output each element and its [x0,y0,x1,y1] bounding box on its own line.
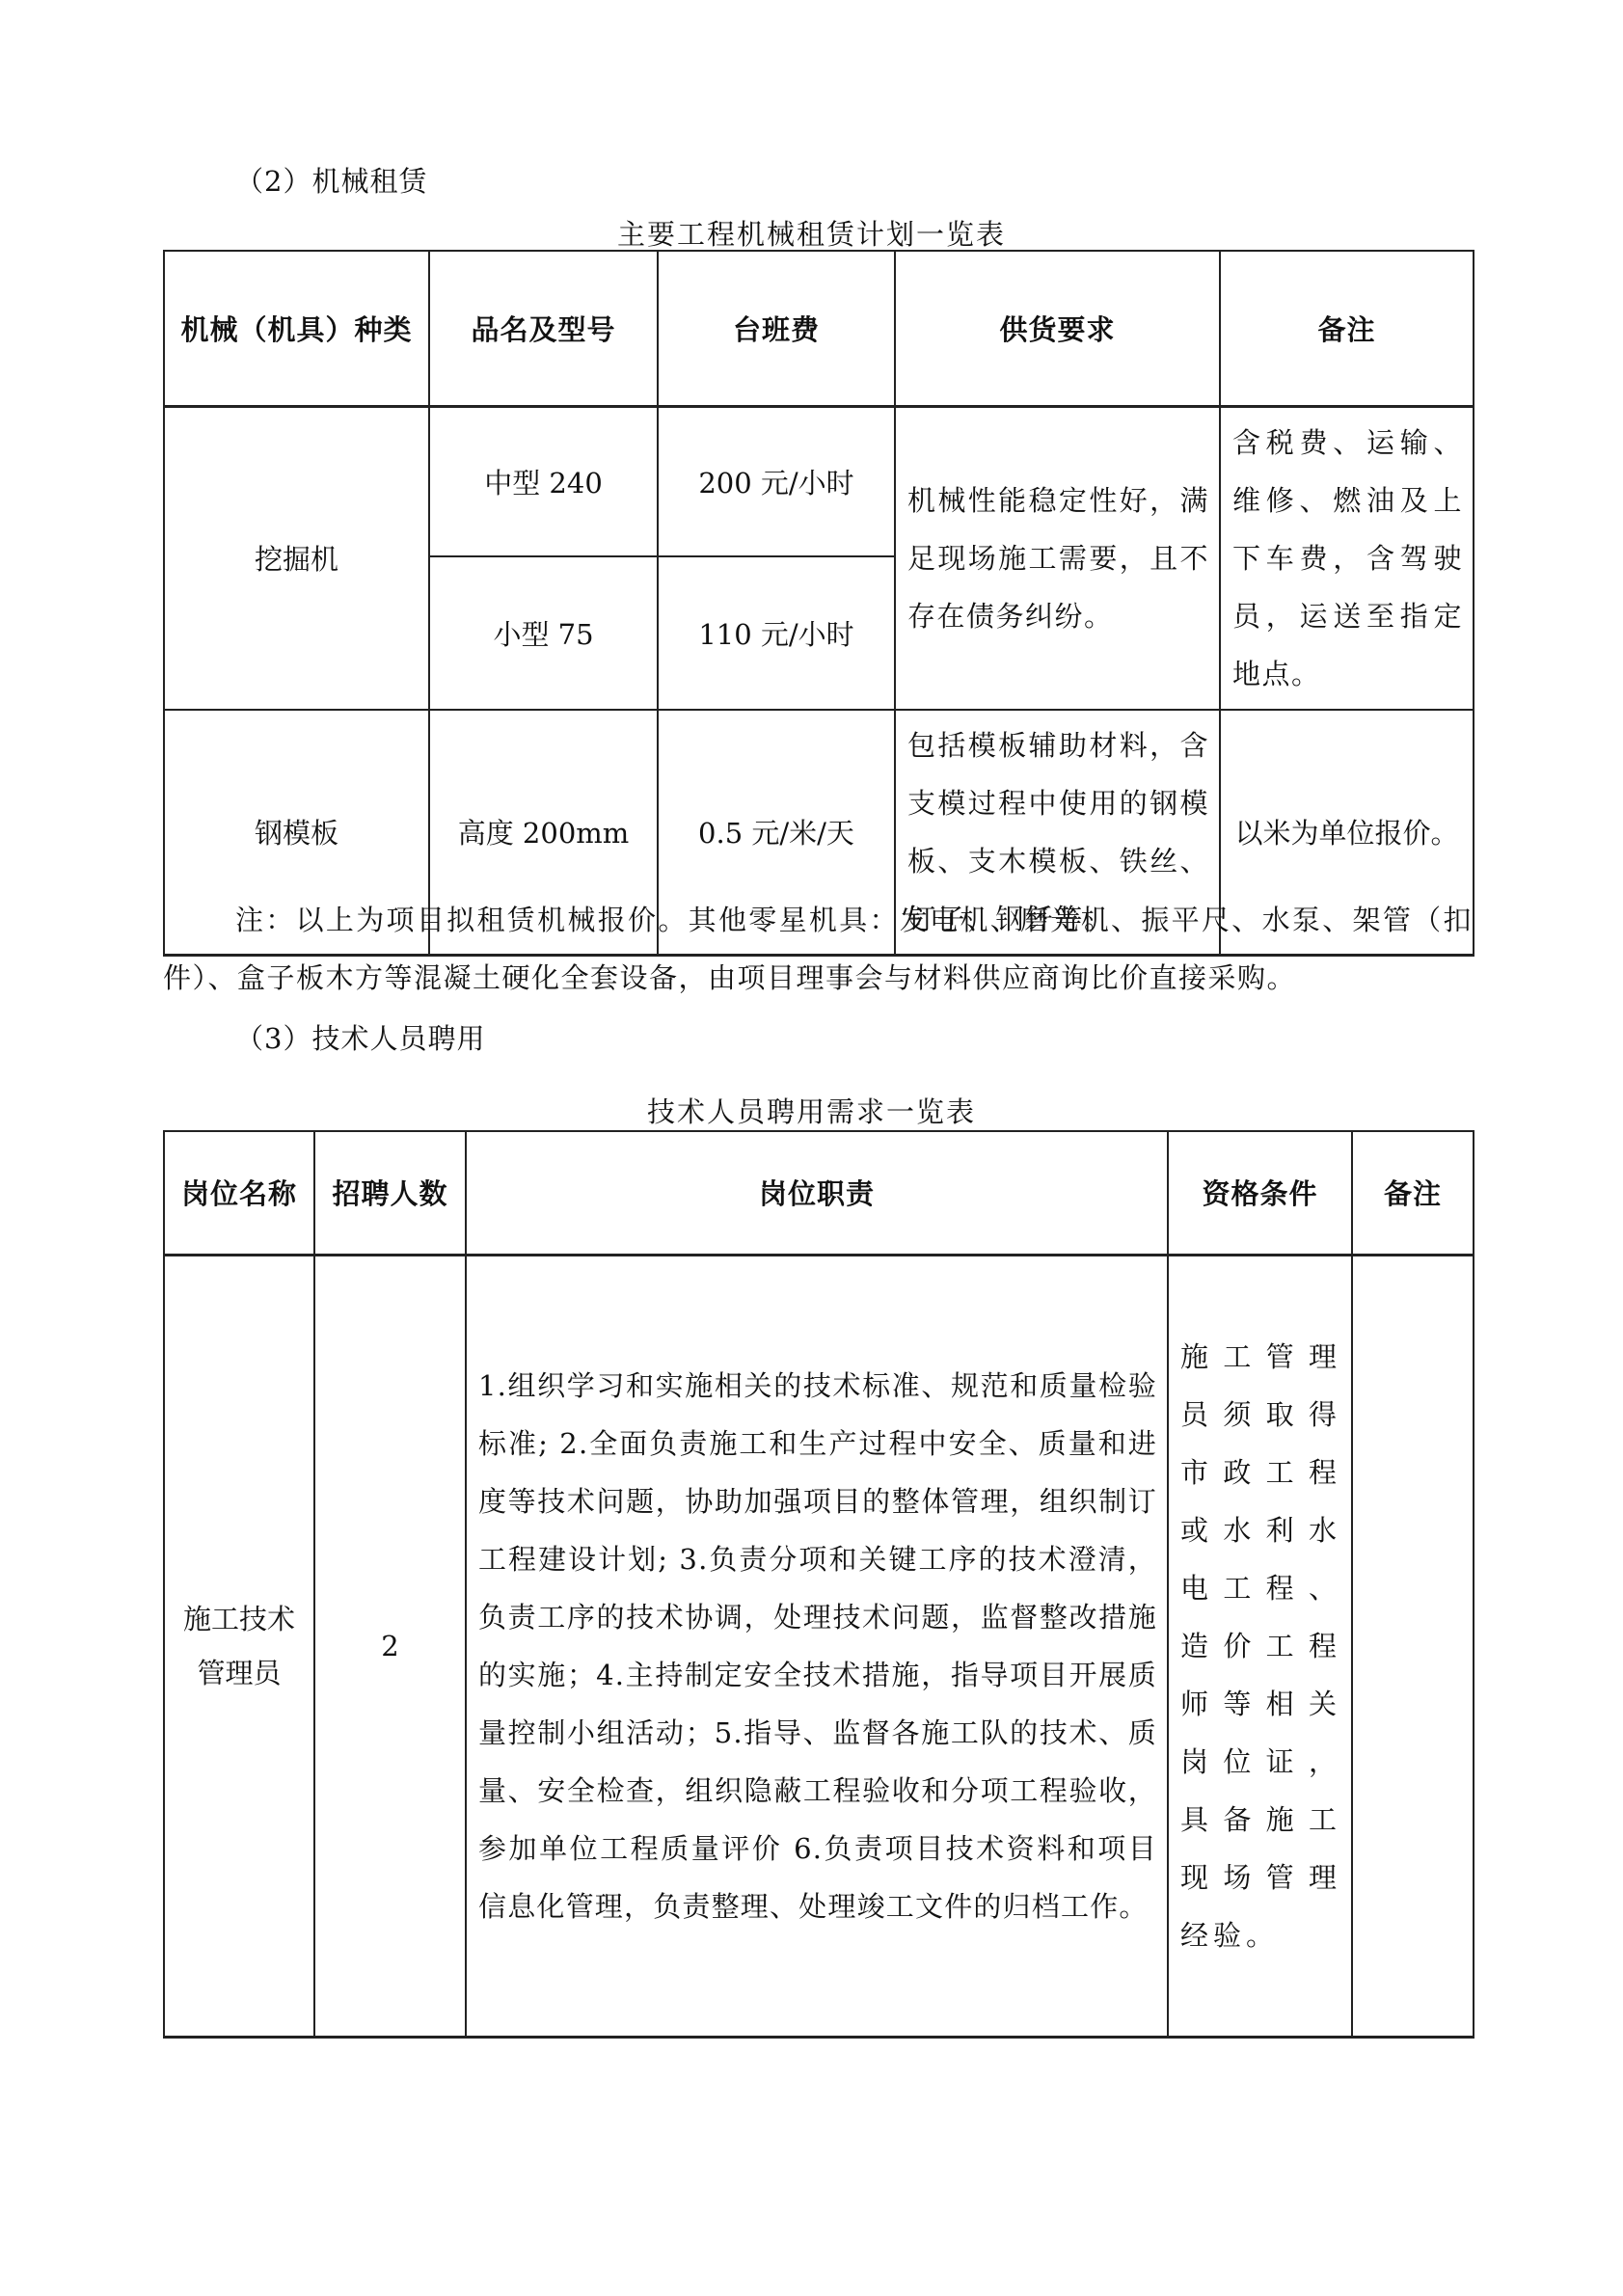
table-header-row: 机械（机具）种类 品名及型号 台班费 供货要求 备注 [164,251,1474,406]
duties-text: 1.组织学习和实施相关的技术标准、规范和质量检验标准; 2.全面负责施工和生产过… [478,1357,1157,1935]
column-header: 岗位名称 [164,1131,314,1255]
machinery-rental-table: 机械（机具）种类 品名及型号 台班费 供货要求 备注 挖掘机 中型 240 20… [163,250,1474,957]
model-cell: 小型 75 [429,556,658,710]
duties-cell: 1.组织学习和实施相关的技术标准、规范和质量检验标准; 2.全面负责施工和生产过… [466,1255,1168,2037]
column-header: 招聘人数 [314,1131,466,1255]
column-header: 品名及型号 [429,251,658,406]
column-header: 备注 [1220,251,1474,406]
column-header: 资格条件 [1168,1131,1352,1255]
section-heading-machinery-rental: （2）机械租赁 [235,160,427,200]
qualifications-cell: 施工管理员须取得市政工程或水利水电工程、造价工程师等相关岗位证，具备施工现场管理… [1168,1255,1352,2037]
staff-table-title: 技术人员聘用需求一览表 [0,1091,1623,1130]
model-cell: 中型 240 [429,406,658,556]
remark-cell: 含税费、运输、维修、燃油及上下车费，含驾驶员，运送至指定地点。 [1220,406,1474,710]
table-row: 施工技术管理员 2 1.组织学习和实施相关的技术标准、规范和质量检验标准; 2.… [164,1255,1474,2037]
rate-cell: 200 元/小时 [658,406,895,556]
column-header: 供货要求 [895,251,1220,406]
remark-text: 含税费、运输、维修、燃油及上下车费，含驾驶员，运送至指定地点。 [1232,414,1463,703]
remark-cell [1352,1255,1474,2037]
column-header: 备注 [1352,1131,1474,1255]
section-heading-technical-staff: （3）技术人员聘用 [235,1017,485,1057]
table-row: 挖掘机 中型 240 200 元/小时 机械性能稳定性好，满足现场施工需要，且不… [164,406,1474,556]
column-header: 机械（机具）种类 [164,251,429,406]
machine-category-cell: 挖掘机 [164,406,429,710]
machinery-note: 注：以上为项目拟租赁机械报价。其他零星机具：发电机、磨光机、振平尺、水泵、架管（… [163,891,1473,1007]
qualifications-text: 施工管理员须取得市政工程或水利水电工程、造价工程师等相关岗位证，具备施工现场管理… [1180,1328,1341,1964]
table-header-row: 岗位名称 招聘人数 岗位职责 资格条件 备注 [164,1131,1474,1255]
supply-requirement-text: 机械性能稳定性好，满足现场施工需要，且不存在债务纠纷。 [907,472,1209,645]
machinery-table-title: 主要工程机械租赁计划一览表 [0,213,1623,253]
position-name-cell: 施工技术管理员 [164,1255,314,2037]
column-header: 岗位职责 [466,1131,1168,1255]
supply-requirement-cell: 机械性能稳定性好，满足现场施工需要，且不存在债务纠纷。 [895,406,1220,710]
headcount-cell: 2 [314,1255,466,2037]
rate-cell: 110 元/小时 [658,556,895,710]
staff-recruitment-table: 岗位名称 招聘人数 岗位职责 资格条件 备注 施工技术管理员 2 1.组织学习和… [163,1130,1474,2039]
column-header: 台班费 [658,251,895,406]
